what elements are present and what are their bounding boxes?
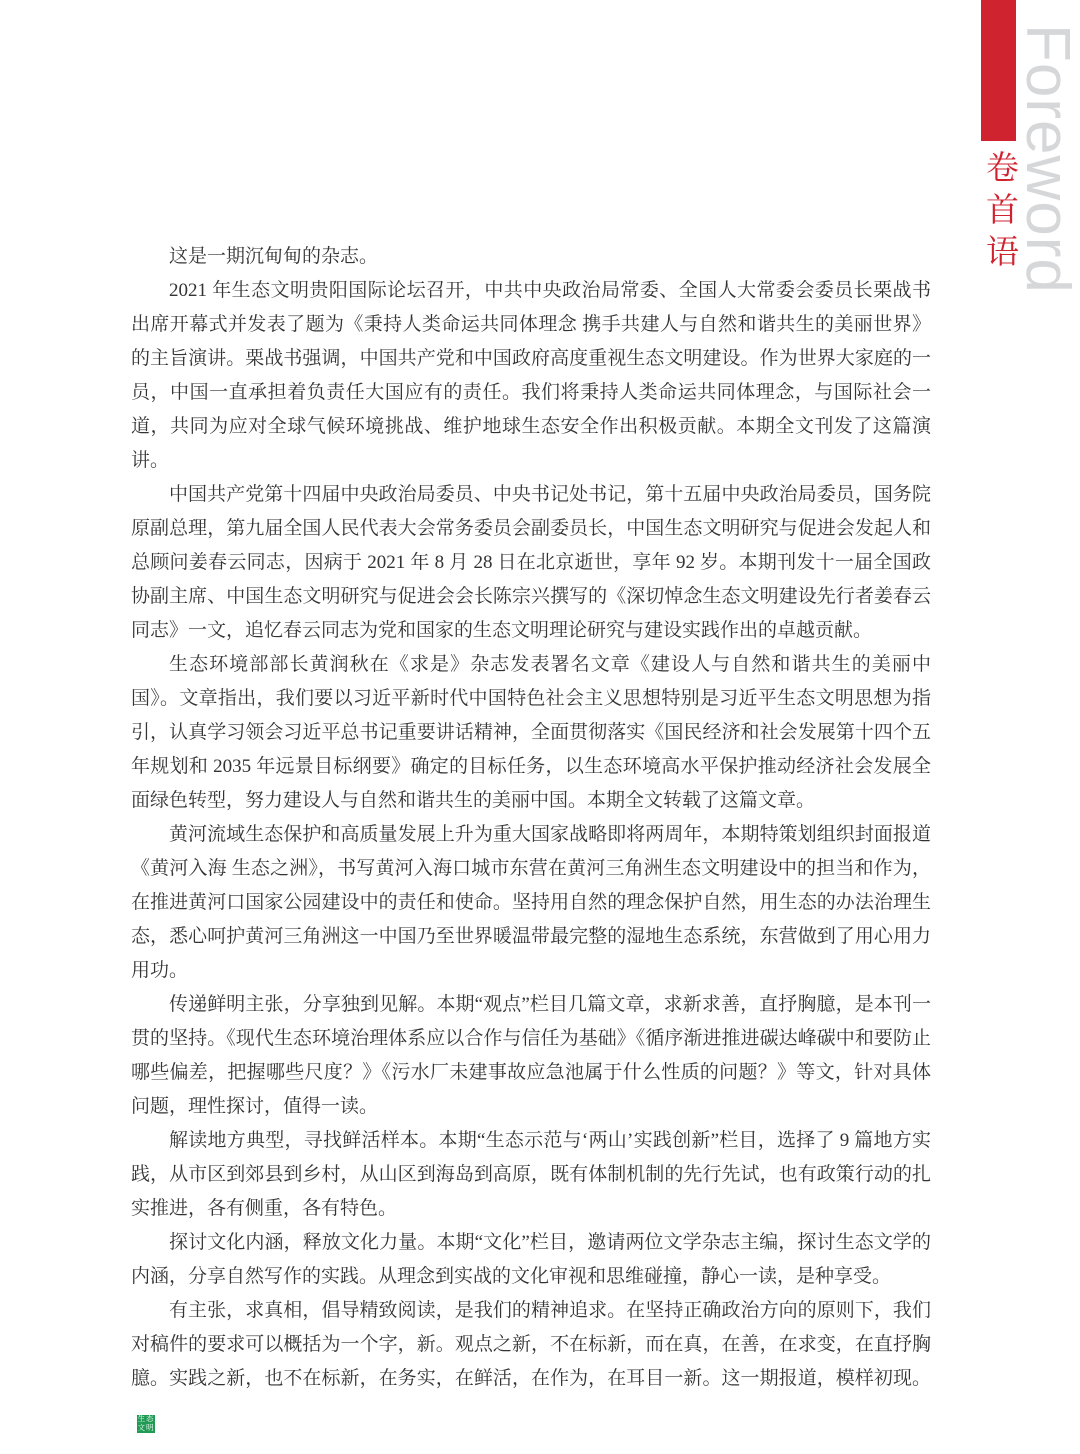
end-mark-text-bottom: 文明	[138, 1424, 155, 1433]
paragraph-text: 这是一期沉甸甸的杂志。	[169, 246, 378, 267]
paragraph-text: 生态环境部部长黄润秋在《求是》杂志发表署名文章《建设人与自然和谐共生的美丽中国》…	[131, 654, 931, 811]
magazine-foreword-page: Foreword 卷首语 这是一期沉甸甸的杂志。 2021 年生态文明贵阳国际论…	[0, 0, 1080, 1454]
paragraph: 探讨文化内涵，释放文化力量。本期“文化”栏目，邀请两位文学杂志主编，探讨生态文学…	[131, 1226, 931, 1294]
paragraph: 2021 年生态文明贵阳国际论坛召开，中共中央政治局常委、全国人大常委会委员长栗…	[131, 274, 931, 478]
paragraph-text: 2021 年生态文明贵阳国际论坛召开，中共中央政治局常委、全国人大常委会委员长栗…	[131, 280, 931, 471]
paragraph: 黄河流域生态保护和高质量发展上升为重大国家战略即将两周年，本期特策划组织封面报道…	[131, 818, 931, 988]
paragraph-text: 解读地方典型，寻找鲜活样本。本期“生态示范与‘两山’实践创新”栏目，选择了 9 …	[131, 1130, 931, 1219]
paragraph-text: 中国共产党第十四届中央政治局委员、中央书记处书记，第十五届中央政治局委员，国务院…	[131, 484, 931, 641]
magazine-end-mark: 生态文明	[137, 1415, 155, 1433]
accent-red-bar	[981, 0, 1016, 141]
paragraph: 有主张，求真相，倡导精致阅读，是我们的精神追求。在坚持正确政治方向的原则下，我们…	[131, 1294, 931, 1433]
paragraph-text: 黄河流域生态保护和高质量发展上升为重大国家战略即将两周年，本期特策划组织封面报道…	[131, 824, 931, 981]
paragraph-text: 探讨文化内涵，释放文化力量。本期“文化”栏目，邀请两位文学杂志主编，探讨生态文学…	[131, 1232, 931, 1287]
paragraph: 解读地方典型，寻找鲜活样本。本期“生态示范与‘两山’实践创新”栏目，选择了 9 …	[131, 1124, 931, 1226]
paragraph: 中国共产党第十四届中央政治局委员、中央书记处书记，第十五届中央政治局委员，国务院…	[131, 478, 931, 648]
foreword-english-watermark: Foreword	[1016, 24, 1078, 294]
foreword-body-text: 这是一期沉甸甸的杂志。 2021 年生态文明贵阳国际论坛召开，中共中央政治局常委…	[131, 240, 931, 1433]
paragraph: 传递鲜明主张，分享独到见解。本期“观点”栏目几篇文章，求新求善，直抒胸臆，是本刊…	[131, 988, 931, 1124]
foreword-chinese-title: 卷首语	[977, 150, 1024, 276]
paragraph-text: 传递鲜明主张，分享独到见解。本期“观点”栏目几篇文章，求新求善，直抒胸臆，是本刊…	[131, 994, 931, 1117]
paragraph-text: 有主张，求真相，倡导精致阅读，是我们的精神追求。在坚持正确政治方向的原则下，我们…	[131, 1300, 931, 1389]
paragraph: 这是一期沉甸甸的杂志。	[131, 240, 931, 274]
paragraph: 生态环境部部长黄润秋在《求是》杂志发表署名文章《建设人与自然和谐共生的美丽中国》…	[131, 648, 931, 818]
